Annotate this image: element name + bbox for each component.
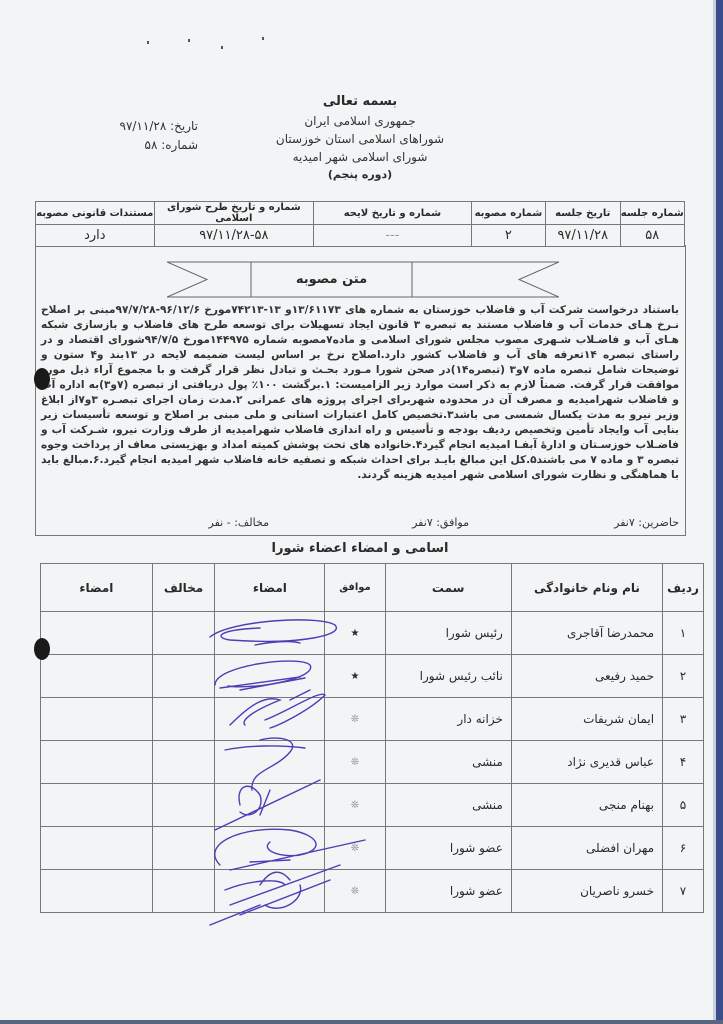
col-row-number: ردیف — [663, 564, 704, 612]
agree-mark: ★ — [325, 612, 385, 655]
oppose-signature-cell — [41, 612, 153, 655]
title-banner: متن مصوبه — [167, 261, 559, 298]
members-table: ردیف نام ونام خانوادگی سمت موافق امضاء م… — [40, 563, 704, 913]
meta-value-row: ۵۸ ۹۷/۱۱/۲۸ ۲ --- ۹۷/۱۱/۲۸-۵۸ دارد — [36, 225, 685, 247]
col-session-date: تاریخ جلسه — [546, 202, 621, 225]
resolution-meta-table: شماره جلسه تاریخ جلسه شماره مصوبه شماره … — [35, 201, 685, 247]
member-role: عضو شورا — [385, 827, 511, 870]
col-plan-number-date: شماره و تاریخ طرح شورای اسلامی — [154, 202, 313, 225]
oppose-count: مخالف: - نفر — [209, 516, 269, 529]
col-oppose-signature: امضاء — [41, 564, 153, 612]
col-legal-docs: مستندات قانونی مصوبه — [36, 202, 155, 225]
agree-mark: ❊ — [325, 870, 385, 913]
col-session-number: شماره جلسه — [620, 202, 684, 225]
member-index: ۲ — [663, 655, 704, 698]
oppose-mark — [152, 870, 214, 913]
member-index: ۴ — [663, 741, 704, 784]
province-councils: شوراهای اسلامی استان خوزستان — [230, 130, 490, 148]
member-role: عضو شورا — [385, 870, 511, 913]
signature-cell — [215, 698, 325, 741]
resolution-number: ۲ — [471, 225, 545, 247]
oppose-mark — [152, 741, 214, 784]
bill-number-date: --- — [314, 225, 472, 247]
stray-mark — [188, 39, 190, 42]
letter-number: شماره: ۵۸ — [88, 136, 198, 155]
oppose-mark — [152, 612, 214, 655]
signature-cell — [215, 870, 325, 913]
col-bill-number-date: شماره و تاریخ لایحه — [314, 202, 472, 225]
member-row: ۵ بهنام منجی منشی ❊ — [41, 784, 704, 827]
member-role: نائب رئیس شورا — [385, 655, 511, 698]
signature-cell — [215, 741, 325, 784]
member-index: ۵ — [663, 784, 704, 827]
signature-cell — [215, 784, 325, 827]
member-name: عباس قدیری نژاد — [511, 741, 662, 784]
col-resolution-number: شماره مصوبه — [471, 202, 545, 225]
member-name: ایمان شریفات — [511, 698, 662, 741]
legal-docs: دارد — [36, 225, 155, 247]
oppose-signature-cell — [41, 698, 153, 741]
member-index: ۶ — [663, 827, 704, 870]
member-index: ۷ — [663, 870, 704, 913]
agree-mark: ★ — [325, 655, 385, 698]
col-oppose: مخالف — [152, 564, 214, 612]
member-row: ۷ خسرو ناصریان عضو شورا ❊ — [41, 870, 704, 913]
col-position: سمت — [385, 564, 511, 612]
members-title: اسامی و امضاء اعضاء شورا — [230, 541, 490, 556]
session-number: ۵۸ — [620, 225, 684, 247]
member-index: ۱ — [663, 612, 704, 655]
col-agree-signature: امضاء — [215, 564, 325, 612]
punch-hole — [34, 638, 50, 660]
col-full-name: نام ونام خانوادگی — [511, 564, 662, 612]
member-name: خسرو ناصریان — [511, 870, 662, 913]
signature-cell — [215, 827, 325, 870]
letter-date: تاریخ: ۹۷/۱۱/۲۸ — [88, 117, 198, 136]
member-name: محمدرضا آقاجری — [511, 612, 662, 655]
member-row: ۲ حمید رفیعی نائب رئیس شورا ★ — [41, 655, 704, 698]
oppose-mark — [152, 655, 214, 698]
letterhead: بسمه تعالی جمهوری اسلامی ایران شوراهای ا… — [230, 92, 490, 184]
invocation: بسمه تعالی — [230, 92, 490, 112]
oppose-mark — [152, 698, 214, 741]
oppose-signature-cell — [41, 741, 153, 784]
oppose-signature-cell — [41, 784, 153, 827]
member-name: مهران افضلی — [511, 827, 662, 870]
member-name: بهنام منجی — [511, 784, 662, 827]
oppose-mark — [152, 827, 214, 870]
agree-mark: ❊ — [325, 698, 385, 741]
member-row: ۱ محمدرضا آقاجری رئیس شورا ★ — [41, 612, 704, 655]
member-name: حمید رفیعی — [511, 655, 662, 698]
stray-mark — [221, 46, 223, 49]
resolution-body: متن مصوبه باستناد درخواست شرکت آب و فاضل… — [35, 245, 686, 536]
scan-edge — [716, 0, 723, 1024]
agree-mark: ❊ — [325, 827, 385, 870]
agree-count: موافق: ۷نفر — [412, 516, 469, 529]
member-row: ۳ ایمان شریفات خزانه دار ❊ — [41, 698, 704, 741]
members-header-row: ردیف نام ونام خانوادگی سمت موافق امضاء م… — [41, 564, 704, 612]
meta-header-row: شماره جلسه تاریخ جلسه شماره مصوبه شماره … — [36, 202, 685, 225]
col-agree: موافق — [325, 564, 385, 612]
agree-mark: ❊ — [325, 741, 385, 784]
oppose-signature-cell — [41, 827, 153, 870]
city-council: شورای اسلامی شهر امیدیه — [230, 148, 490, 166]
resolution-title: متن مصوبه — [251, 261, 412, 298]
present-count: حاضرین: ۷نفر — [614, 516, 679, 529]
council-term: (دوره پنجم) — [230, 166, 490, 184]
oppose-mark — [152, 784, 214, 827]
member-role: منشی — [385, 784, 511, 827]
letter-ref: تاریخ: ۹۷/۱۱/۲۸ شماره: ۵۸ — [88, 117, 198, 155]
plan-number-date: ۹۷/۱۱/۲۸-۵۸ — [154, 225, 313, 247]
stray-mark — [147, 41, 149, 44]
scan-edge-bottom — [0, 1020, 723, 1024]
signature-cell — [215, 655, 325, 698]
member-role: منشی — [385, 741, 511, 784]
oppose-signature-cell — [41, 655, 153, 698]
member-index: ۳ — [663, 698, 704, 741]
signature-cell — [215, 612, 325, 655]
member-row: ۴ عباس قدیری نژاد منشی ❊ — [41, 741, 704, 784]
member-role: خزانه دار — [385, 698, 511, 741]
resolution-text: باستناد درخواست شرکت آب و فاضلاب خوزستان… — [41, 303, 679, 483]
stray-mark — [262, 37, 264, 40]
member-row: ۶ مهران افضلی عضو شورا ❊ — [41, 827, 704, 870]
country-name: جمهوری اسلامی ایران — [230, 112, 490, 130]
session-date: ۹۷/۱۱/۲۸ — [546, 225, 621, 247]
oppose-signature-cell — [41, 870, 153, 913]
punch-hole — [34, 368, 50, 390]
member-role: رئیس شورا — [385, 612, 511, 655]
agree-mark: ❊ — [325, 784, 385, 827]
